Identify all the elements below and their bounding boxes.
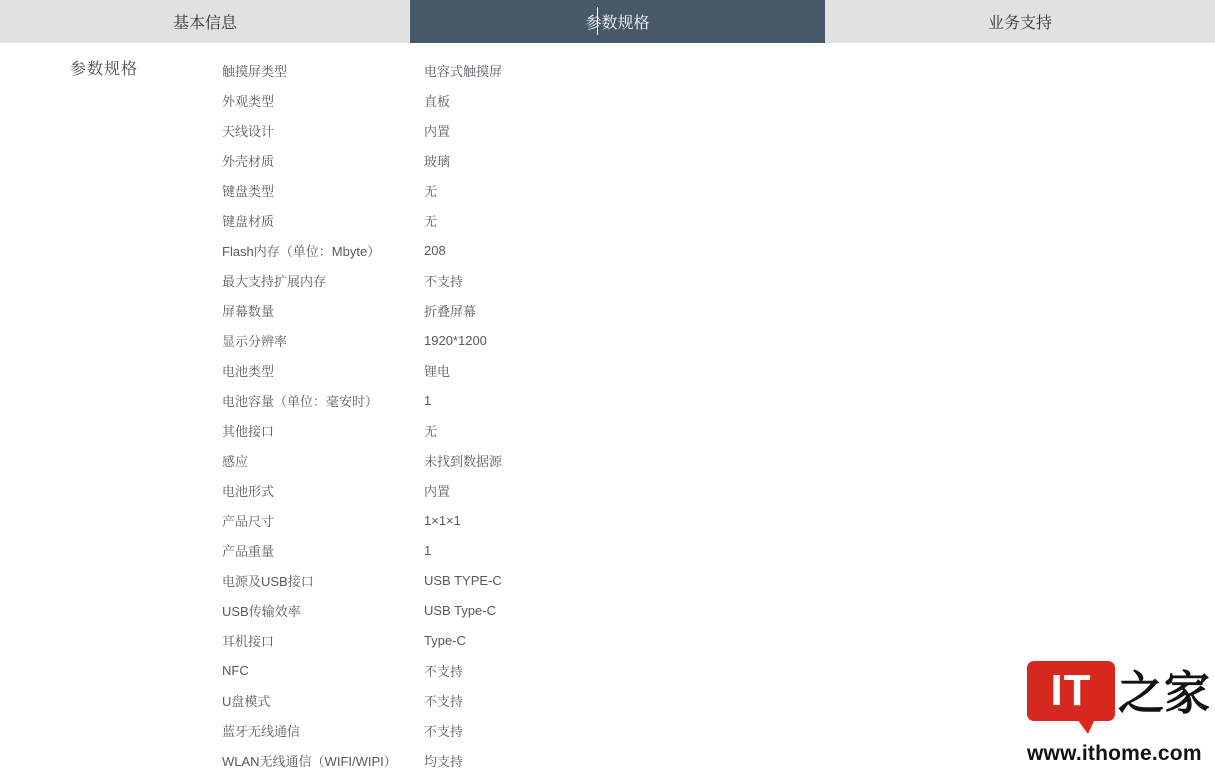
spec-value: 未找到数据源 xyxy=(424,451,502,470)
spec-value: 直板 xyxy=(424,91,450,110)
spec-label: 其他接口 xyxy=(222,421,424,440)
spec-row: 最大支持扩展内存不支持 xyxy=(222,265,1215,295)
spec-label: 耳机接口 xyxy=(222,631,424,650)
spec-label: 屏幕数量 xyxy=(222,301,424,320)
spec-row: 电源及USB接口USB TYPE-C xyxy=(222,565,1215,595)
tab-business-support[interactable]: 业务支持 xyxy=(825,0,1215,43)
spec-row: 键盘材质无 xyxy=(222,205,1215,235)
spec-row: 天线设计内置 xyxy=(222,115,1215,145)
spec-value: 内置 xyxy=(424,481,450,500)
spec-value: USB Type-C xyxy=(424,603,496,618)
spec-value: 1 xyxy=(424,543,431,558)
spec-row: 其他接口无 xyxy=(222,415,1215,445)
tab-specifications-label: 参数规格 xyxy=(585,10,649,33)
spec-value: Type-C xyxy=(424,633,466,648)
spec-row: 键盘类型无 xyxy=(222,175,1215,205)
spec-label: 电池类型 xyxy=(222,361,424,380)
spec-value: 均支持 xyxy=(424,751,463,770)
spec-label: 显示分辨率 xyxy=(222,331,424,350)
spec-value: 1 xyxy=(424,393,431,408)
spec-value: 电容式触摸屏 xyxy=(424,61,502,80)
spec-value: 玻璃 xyxy=(424,151,450,170)
spec-label: 蓝牙无线通信 xyxy=(222,721,424,740)
spec-row: 感应未找到数据源 xyxy=(222,445,1215,475)
spec-label: 触摸屏类型 xyxy=(222,61,424,80)
spec-value: 不支持 xyxy=(424,691,463,710)
spec-row: USB传输效率USB Type-C xyxy=(222,595,1215,625)
spec-label: USB传输效率 xyxy=(222,601,424,620)
spec-value: 1920*1200 xyxy=(424,333,487,348)
spec-value: USB TYPE-C xyxy=(424,573,502,588)
speech-bubble-tail-icon xyxy=(1077,719,1095,734)
spec-row: 电池形式内置 xyxy=(222,475,1215,505)
spec-row: 显示分辨率1920*1200 xyxy=(222,325,1215,355)
spec-value: 锂电 xyxy=(424,361,450,380)
tab-bar: 基本信息 参数规格 业务支持 xyxy=(0,0,1215,43)
spec-row: 电池类型锂电 xyxy=(222,355,1215,385)
spec-row: 电池容量（单位：毫安时）1 xyxy=(222,385,1215,415)
spec-label: 电源及USB接口 xyxy=(222,571,424,590)
tab-business-support-label: 业务支持 xyxy=(988,10,1052,33)
ithome-logo-hanzi: 之家 xyxy=(1118,659,1210,727)
spec-label: 电池容量（单位：毫安时） xyxy=(222,391,424,410)
spec-value: 不支持 xyxy=(424,661,463,680)
ithome-logo: IT 之家 xyxy=(1027,659,1197,737)
tab-specifications[interactable]: 参数规格 xyxy=(410,0,825,43)
tab-basic-info[interactable]: 基本信息 xyxy=(0,0,410,43)
spec-row: 外壳材质玻璃 xyxy=(222,145,1215,175)
spec-value: 不支持 xyxy=(424,271,463,290)
section-title: 参数规格 xyxy=(70,55,222,85)
spec-label: 感应 xyxy=(222,451,424,470)
spec-row: 产品尺寸1×1×1 xyxy=(222,505,1215,535)
spec-label: 外壳材质 xyxy=(222,151,424,170)
spec-value: 1×1×1 xyxy=(424,513,461,528)
ithome-logo-it-text: IT xyxy=(1050,669,1091,713)
spec-label: 外观类型 xyxy=(222,91,424,110)
spec-row: 耳机接口Type-C xyxy=(222,625,1215,655)
spec-row: 屏幕数量折叠屏幕 xyxy=(222,295,1215,325)
speech-bubble-icon: IT xyxy=(1027,661,1115,721)
spec-label: Flash内存（单位：Mbyte） xyxy=(222,241,424,260)
spec-value: 无 xyxy=(424,181,437,200)
spec-value: 208 xyxy=(424,243,446,258)
spec-label: 键盘材质 xyxy=(222,211,424,230)
spec-row: 产品重量1 xyxy=(222,535,1215,565)
spec-label: 最大支持扩展内存 xyxy=(222,271,424,290)
spec-value: 不支持 xyxy=(424,721,463,740)
spec-label: U盘模式 xyxy=(222,691,424,710)
spec-label: 电池形式 xyxy=(222,481,424,500)
text-cursor xyxy=(597,7,598,35)
spec-label: 产品重量 xyxy=(222,541,424,560)
spec-value: 内置 xyxy=(424,121,450,140)
spec-label: 产品尺寸 xyxy=(222,511,424,530)
spec-row: 外观类型直板 xyxy=(222,85,1215,115)
tab-basic-info-label: 基本信息 xyxy=(173,10,237,33)
spec-value: 折叠屏幕 xyxy=(424,301,476,320)
spec-label: WLAN无线通信（WIFI/WIPI） xyxy=(222,751,424,770)
ithome-url: www.ithome.com xyxy=(1027,742,1197,766)
spec-row: Flash内存（单位：Mbyte）208 xyxy=(222,235,1215,265)
spec-label: NFC xyxy=(222,663,424,678)
spec-value: 无 xyxy=(424,421,437,440)
spec-label: 键盘类型 xyxy=(222,181,424,200)
ithome-watermark: IT 之家 www.ithome.com xyxy=(1027,659,1197,766)
spec-row: 触摸屏类型电容式触摸屏 xyxy=(222,55,1215,85)
spec-label: 天线设计 xyxy=(222,121,424,140)
spec-value: 无 xyxy=(424,211,437,230)
